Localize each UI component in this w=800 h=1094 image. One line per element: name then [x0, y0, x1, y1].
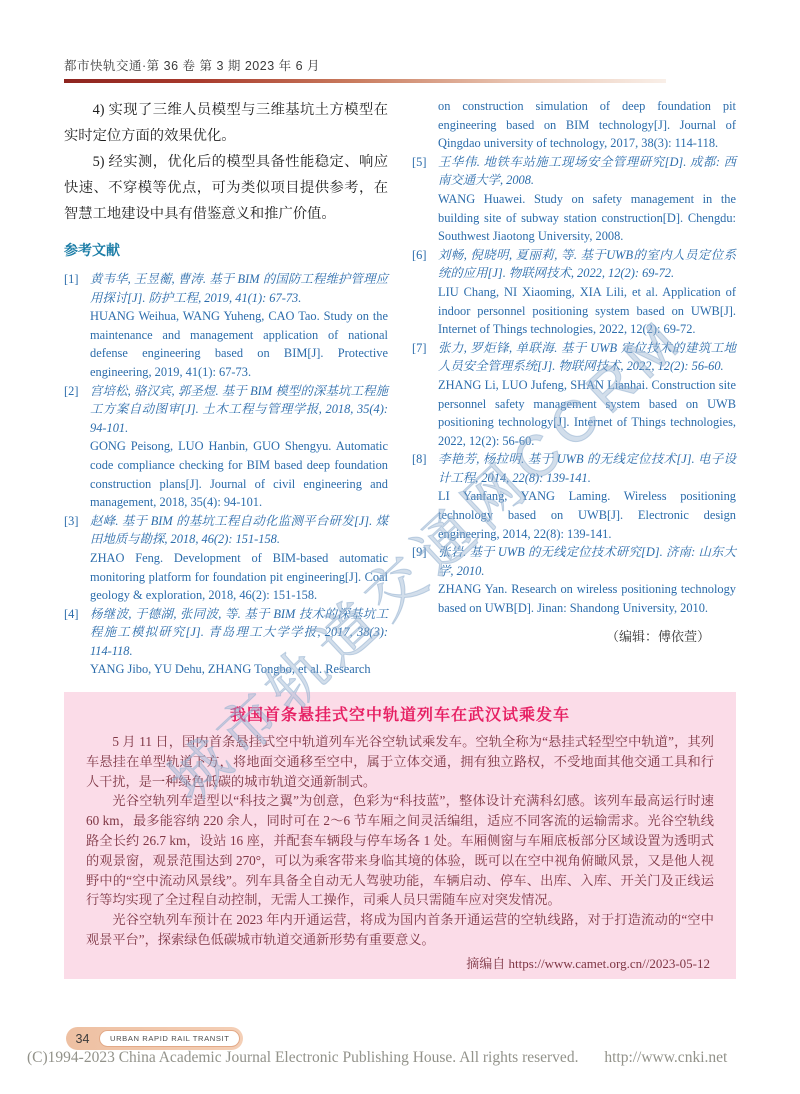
- reference-english: ZHANG Yan. Research on wireless position…: [438, 580, 736, 617]
- reference-chinese: 张力, 罗炬锋, 单联海. 基于 UWB 定位技术的建筑工地人员安全管理系统[J…: [438, 339, 736, 376]
- reference-text: 黄韦华, 王昱蘅, 曹涛. 基于 BIM 的国防工程维护管理应用探讨[J]. 防…: [90, 270, 388, 382]
- news-paragraph-2: 光谷空轨列车造型以“科技之翼”为创意，色彩为“科技蓝”，整体设计充满科幻感。该列…: [86, 791, 714, 910]
- journal-header-text: 都市快轨交通·第 36 卷 第 3 期 2023 年 6 月: [64, 56, 320, 74]
- reference-chinese: 宫培松, 骆汉宾, 郭圣煜. 基于 BIM 模型的深基坑工程施工方案自动图审[J…: [90, 382, 388, 438]
- references-heading: 参考文献: [64, 240, 388, 260]
- page-number: 34: [66, 1032, 99, 1046]
- reference-number: [3]: [64, 512, 90, 605]
- reference-english: on construction simulation of deep found…: [438, 97, 736, 153]
- copyright-line: (C)1994-2023 China Academic Journal Elec…: [27, 1049, 773, 1067]
- reference-item: [8] 李艳芳, 杨拉明. 基于 UWB 的无线定位技术[J]. 电子设计工程,…: [412, 450, 736, 543]
- reference-text: 王华伟. 地铁车站施工现场安全管理研究[D]. 成都: 西南交通大学, 2008…: [438, 153, 736, 246]
- reference-item: [6] 刘畅, 倪晓明, 夏丽莉, 等. 基于UWB的室内人员定位系统的应用[J…: [412, 246, 736, 339]
- reference-number: [412, 97, 438, 153]
- reference-number: [2]: [64, 382, 90, 512]
- reference-number: [5]: [412, 153, 438, 246]
- reference-english: YANG Jibo, YU Dehu, ZHANG Tongbo, et al.…: [90, 660, 388, 679]
- reference-item: [3] 赵峰. 基于 BIM 的基坑工程自动化监测平台研发[J]. 煤田地质与勘…: [64, 512, 388, 605]
- reference-text: 赵峰. 基于 BIM 的基坑工程自动化监测平台研发[J]. 煤田地质与勘探, 2…: [90, 512, 388, 605]
- reference-item: [9] 张岩. 基于 UWB 的无线定位技术研究[D]. 济南: 山东大学, 2…: [412, 543, 736, 617]
- header-divider-rule: [64, 79, 666, 83]
- reference-number: [4]: [64, 605, 90, 679]
- reference-english: WANG Huawei. Study on safety management …: [438, 190, 736, 246]
- news-source-url: 摘编自 https://www.camet.org.cn//2023-05-12: [86, 953, 714, 972]
- reference-english: ZHANG Li, LUO Jufeng, SHAN Lianhai. Cons…: [438, 376, 736, 450]
- reference-item: [5] 王华伟. 地铁车站施工现场安全管理研究[D]. 成都: 西南交通大学, …: [412, 153, 736, 246]
- news-box: 我国首条悬挂式空中轨道列车在武汉试乘发车 5 月 11 日，国内首条悬挂式空中轨…: [64, 692, 736, 979]
- editor-note: （编辑：傅依萱）: [412, 626, 736, 645]
- reference-text: 刘畅, 倪晓明, 夏丽莉, 等. 基于UWB的室内人员定位系统的应用[J]. 物…: [438, 246, 736, 339]
- reference-chinese: 张岩. 基于 UWB 的无线定位技术研究[D]. 济南: 山东大学, 2010.: [438, 543, 736, 580]
- conclusion-point-5: 5) 经实测，优化后的模型具备性能稳定、响应快速、不穿模等优点，可为类似项目提供…: [64, 149, 388, 227]
- reference-text: 宫培松, 骆汉宾, 郭圣煜. 基于 BIM 模型的深基坑工程施工方案自动图审[J…: [90, 382, 388, 512]
- text-columns: 4) 实现了三维人员模型与三维基坑土方模型在实时定位方面的效果优化。 5) 经实…: [64, 97, 736, 691]
- reference-item: [7] 张力, 罗炬锋, 单联海. 基于 UWB 定位技术的建筑工地人员安全管理…: [412, 339, 736, 451]
- reference-english: HUANG Weihua, WANG Yuheng, CAO Tao. Stud…: [90, 307, 388, 381]
- reference-text: 张力, 罗炬锋, 单联海. 基于 UWB 定位技术的建筑工地人员安全管理系统[J…: [438, 339, 736, 451]
- reference-text: 李艳芳, 杨拉明. 基于 UWB 的无线定位技术[J]. 电子设计工程, 201…: [438, 450, 736, 543]
- reference-text: 杨继波, 于德湖, 张同波, 等. 基于 BIM 技术的深基坑工程施工模拟研究[…: [90, 605, 388, 679]
- news-paragraph-1: 5 月 11 日，国内首条悬挂式空中轨道列车光谷空轨试乘发车。空轨全称为“悬挂式…: [86, 732, 714, 791]
- reference-text: 张岩. 基于 UWB 的无线定位技术研究[D]. 济南: 山东大学, 2010.…: [438, 543, 736, 617]
- reference-text: on construction simulation of deep found…: [438, 97, 736, 153]
- news-title: 我国首条悬挂式空中轨道列车在武汉试乘发车: [86, 702, 714, 725]
- reference-chinese: 赵峰. 基于 BIM 的基坑工程自动化监测平台研发[J]. 煤田地质与勘探, 2…: [90, 512, 388, 549]
- reference-english: ZHAO Feng. Development of BIM-based auto…: [90, 549, 388, 605]
- reference-number: [1]: [64, 270, 90, 382]
- reference-number: [9]: [412, 543, 438, 617]
- left-column: 4) 实现了三维人员模型与三维基坑土方模型在实时定位方面的效果优化。 5) 经实…: [64, 97, 388, 691]
- reference-chinese: 杨继波, 于德湖, 张同波, 等. 基于 BIM 技术的深基坑工程施工模拟研究[…: [90, 605, 388, 661]
- reference-number: [8]: [412, 450, 438, 543]
- news-paragraph-3: 光谷空轨列车预计在 2023 年内开通运营，将成为国内首条开通运营的空轨线路，对…: [86, 910, 714, 950]
- reference-item: [2] 宫培松, 骆汉宾, 郭圣煜. 基于 BIM 模型的深基坑工程施工方案自动…: [64, 382, 388, 512]
- reference-chinese: 王华伟. 地铁车站施工现场安全管理研究[D]. 成都: 西南交通大学, 2008…: [438, 153, 736, 190]
- right-column: on construction simulation of deep found…: [412, 97, 736, 691]
- reference-english: LI Yanfang, YANG Laming. Wireless positi…: [438, 487, 736, 543]
- reference-number: [7]: [412, 339, 438, 451]
- reference-chinese: 黄韦华, 王昱蘅, 曹涛. 基于 BIM 的国防工程维护管理应用探讨[J]. 防…: [90, 270, 388, 307]
- reference-item: [4] 杨继波, 于德湖, 张同波, 等. 基于 BIM 技术的深基坑工程施工模…: [64, 605, 388, 679]
- copyright-text: (C)1994-2023 China Academic Journal Elec…: [27, 1049, 578, 1066]
- reference-english: LIU Chang, NI Xiaoming, XIA Lili, et al.…: [438, 283, 736, 339]
- journal-page: 都市快轨交通·第 36 卷 第 3 期 2023 年 6 月 4) 实现了三维人…: [0, 0, 800, 1094]
- reference-item: [1] 黄韦华, 王昱蘅, 曹涛. 基于 BIM 的国防工程维护管理应用探讨[J…: [64, 270, 388, 382]
- conclusion-point-4: 4) 实现了三维人员模型与三维基坑土方模型在实时定位方面的效果优化。: [64, 97, 388, 149]
- reference-item-continuation: on construction simulation of deep found…: [412, 97, 736, 153]
- reference-chinese: 李艳芳, 杨拉明. 基于 UWB 的无线定位技术[J]. 电子设计工程, 201…: [438, 450, 736, 487]
- journal-english-name: URBAN RAPID RAIL TRANSIT: [99, 1030, 240, 1047]
- reference-english: GONG Peisong, LUO Hanbin, GUO Shengyu. A…: [90, 437, 388, 511]
- cnki-url: http://www.cnki.net: [604, 1049, 727, 1066]
- reference-chinese: 刘畅, 倪晓明, 夏丽莉, 等. 基于UWB的室内人员定位系统的应用[J]. 物…: [438, 246, 736, 283]
- page-footer-badge: 34 URBAN RAPID RAIL TRANSIT: [66, 1027, 243, 1050]
- reference-number: [6]: [412, 246, 438, 339]
